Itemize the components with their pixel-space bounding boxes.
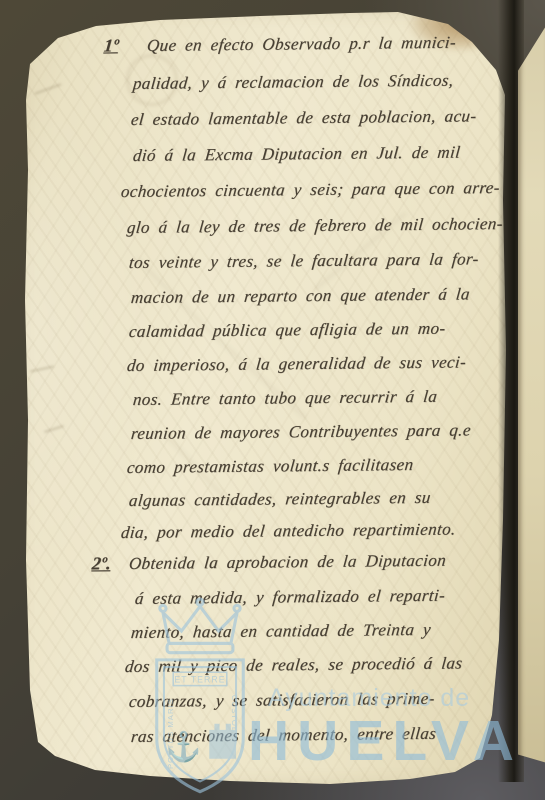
manuscript-line: ochocientos cincuenta y seis; para que c… — [120, 178, 501, 202]
manuscript-line: dia, por medio del antedicho repartimien… — [120, 519, 457, 543]
manuscript-line: do imperioso, á la generalidad de sus ve… — [126, 352, 467, 376]
manuscript-line: como prestamistas volunt.s facilitasen — [126, 455, 414, 478]
manuscript-line: glo á la ley de tres de febrero de mil o… — [126, 214, 504, 238]
line-text: calamidad pública que afligia de un mo- — [128, 319, 446, 341]
watermark-city-text: HUELVA — [248, 708, 522, 774]
crown-icon — [163, 606, 237, 643]
line-text: palidad, y á reclamacion de los Síndicos… — [132, 71, 454, 93]
huelva-watermark: ET TERRE PORTUS MARIS CUSTODIA ⚓ Ayuntam… — [126, 596, 545, 800]
manuscript-line: el estado lamentable de esta poblacion, … — [130, 106, 477, 130]
paragraph-number-1: 1º — [103, 35, 119, 55]
manuscript-line: algunas cantidades, reintegrables en su — [128, 488, 432, 511]
line-text: do imperioso, á la generalidad de sus ve… — [126, 352, 467, 375]
manuscript-line: tos veinte y tres, se le facultara para … — [128, 249, 480, 273]
manuscript-line: palidad, y á reclamacion de los Síndicos… — [132, 71, 454, 94]
line-text: ochocientos cincuenta y seis; para que c… — [120, 178, 501, 201]
line-text: Que en efecto Observado p.r la munici- — [146, 33, 457, 55]
line-text: dió á la Excma Diputacion en Jul. de mil — [132, 143, 461, 165]
manuscript-line: reunion de mayores Contribuyentes para q… — [130, 420, 472, 444]
paragraph-number-2: 2º. — [91, 553, 112, 573]
line-text: Obtenida la aprobacion de la Diputacion — [128, 551, 447, 573]
scanned-document: 1ºQue en efecto Observado p.r la munici-… — [0, 0, 545, 800]
line-text: macion de un reparto con que atender á l… — [130, 284, 471, 307]
manuscript-line: calamidad pública que afligia de un mo- — [128, 319, 447, 342]
line-text: tos veinte y tres, se le facultara para … — [128, 249, 480, 272]
line-text: nos. Entre tanto tubo que recurrir á la — [132, 387, 438, 409]
line-text: reunion de mayores Contribuyentes para q… — [130, 420, 472, 443]
line-text: algunas cantidades, reintegrables en su — [128, 488, 432, 510]
manuscript-line: nos. Entre tanto tubo que recurrir á la — [132, 387, 438, 410]
manuscript-line: 1ºQue en efecto Observado p.r la munici- — [146, 33, 457, 56]
line-text: el estado lamentable de esta poblacion, … — [130, 106, 477, 129]
anchor-icon: ⚓ — [166, 730, 202, 764]
shield-banner-text: ET TERRE — [174, 675, 225, 685]
line-text: glo á la ley de tres de febrero de mil o… — [126, 214, 504, 237]
manuscript-line: dió á la Excma Diputacion en Jul. de mil — [132, 143, 461, 166]
line-text: dia, por medio del antedicho repartimien… — [120, 519, 457, 542]
manuscript-line: macion de un reparto con que atender á l… — [130, 284, 471, 308]
line-text: como prestamistas volunt.s facilitasen — [126, 455, 414, 477]
manuscript-line: 2º.Obtenida la aprobacion de la Diputaci… — [128, 551, 447, 574]
